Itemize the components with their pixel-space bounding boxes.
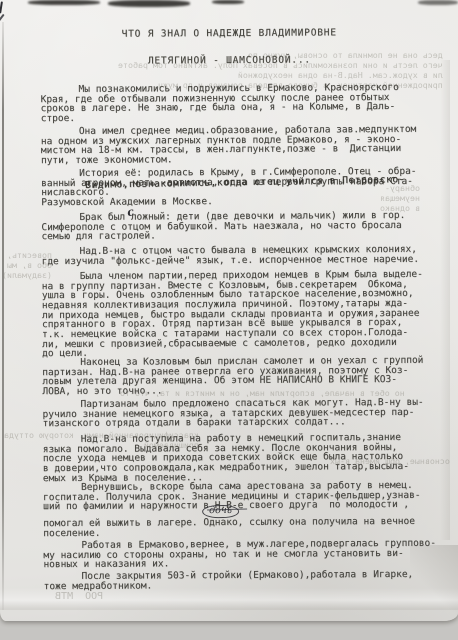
scanned-document: десь она не помнила то основы, нужно по … <box>0 0 458 640</box>
paragraph-occupation: Она имел среднее медиц.образование, рабо… <box>41 125 417 166</box>
paragraph-camp-violence: Работая в Ермаково,вернее, в муж.лагере,… <box>43 539 436 570</box>
paragraph-escape: Партизанам было предложено спасаться как… <box>42 398 423 429</box>
paragraph-marriage: Брак был ложный: дети (две девочки и мал… <box>41 211 405 242</box>
document-title-line1: ЧТО Я ЗНАЛ О НАДЕЖДЕ ВЛАДИМИРОВНЕ <box>0 28 458 40</box>
paragraph-arrest-continued: помогал ей выжить в лагере. Однако, ссыл… <box>43 517 415 539</box>
paragraph-language: Над.В-на с отцом часто бывала в немецких… <box>42 245 420 267</box>
paragraph-german-hospital: Над.В-на поступила на работу в немецкий … <box>43 433 409 484</box>
handwritten-insert-letter: с <box>126 207 135 218</box>
paragraph-partisans: Была членом партии,перед приходом немцев… <box>42 270 424 359</box>
paragraph-kozlov-plane: Наконец за Козловым был прислан самолет … <box>42 356 423 397</box>
handwritten-insertion-caret <box>0 14 5 22</box>
paragraph-acquaintance: Мы познакомились и подружились в Ермаков… <box>41 83 400 124</box>
document-title-line2: ЛЕТЯГИНОЙ - ШАМСОНОВОЙ... <box>0 55 458 67</box>
paragraph-igarka: После закрытия 503-й стройки (Ермаково),… <box>43 570 413 592</box>
handwritten-circled-word: дочь <box>202 505 239 518</box>
handwritten-separator-stroke <box>0 1 3 13</box>
typed-text-layer: ЧТО Я ЗНАЛ О НАДЕЖДЕ ВЛАДИМИРОВНЕ ЛЕТЯГИ… <box>0 0 458 640</box>
